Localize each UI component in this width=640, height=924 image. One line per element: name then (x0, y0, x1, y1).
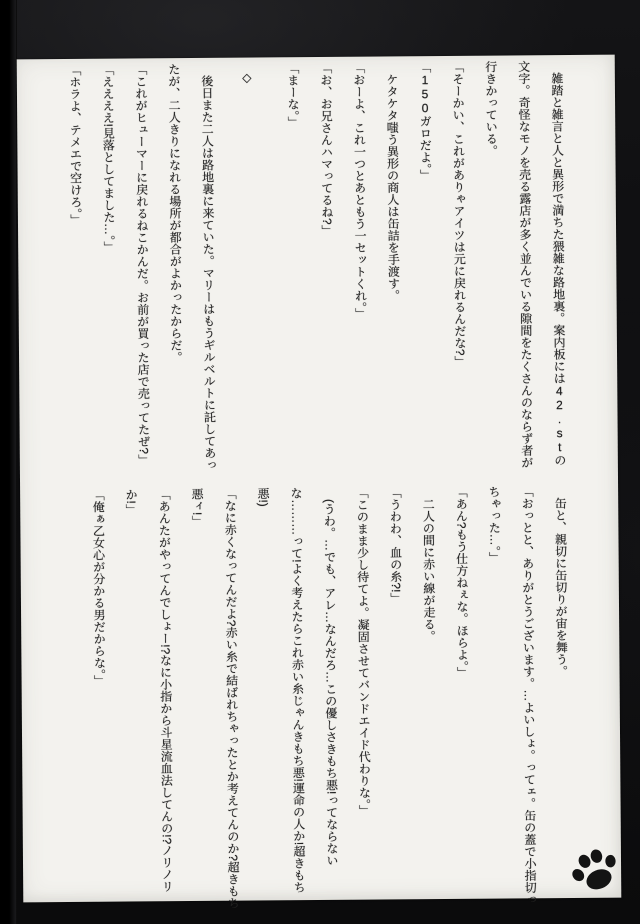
narrative-text: 雑踏と雑言と人と異形で満ちた猥雑な路地裏。案内板には (550, 72, 566, 384)
scanned-page-photo: 雑踏と雑言と人と異形で満ちた猥雑な路地裏。案内板には42.stの文字。奇怪なモノ… (0, 0, 640, 924)
dialogue-paragraph: 「おーよ、これ一つとあともう一セットくれ。」 (342, 62, 378, 470)
text-block-bottom: 缶と、親切に缶切りが宙を舞う。 「おっとと、ありがとうございます。…よいしょ。っ… (81, 485, 579, 913)
book-page: 雑踏と雑言と人と異形で満ちた猥雑な路地裏。案内板には42.stの文字。奇怪なモノ… (17, 55, 622, 903)
dialogue-paragraph: 「おっとと、ありがとうございます。…よいしょ。ってェ。缶の蓋で小指切っちゃった…… (477, 485, 546, 910)
dialogue-paragraph: 「あんたがやってんでしょー!?なに小指から斗星流血法してんの!?ノリノリか!」 (114, 488, 183, 913)
dialogue-paragraph: 「これがヒューマーに戻れるねこかんだ。お前が買った店で売ってたぜ?」 (124, 63, 160, 471)
dialogue-paragraph: 「俺ぁ乙女心が分かる男だからな。」 (81, 489, 117, 913)
scan-left-edge-shadow (0, 0, 17, 924)
sign-code-text: 42.st (552, 384, 567, 454)
dialogue-paragraph: 「うわわ、血の糸?!」 (378, 486, 414, 910)
dialogue-paragraph: 「150ガロだよ。」 (408, 61, 444, 469)
narrative-paragraph: 後日また二人は路地裏に来ていた。マリーはもうギルベルトに託してあったが、二人きり… (157, 63, 226, 472)
narrative-paragraph: ケタケタ嗤う異形の商人は缶詰を手渡す。 (375, 61, 411, 469)
dialogue-paragraph: 「このまま少し待てよ。凝固させてバンドエイド代わりな。」 (345, 487, 381, 911)
text-block-top: 雑踏と雑言と人と異形で満ちた猥雑な路地裏。案内板には42.stの文字。奇怪なモノ… (58, 60, 576, 472)
thought-paragraph: (うわ。…でも、アレ…なんだろ…この優しさきもち悪!ってならないな………って!よ… (246, 487, 348, 912)
narrative-paragraph: 缶と、親切に缶切りが宙を舞う。 (543, 485, 579, 909)
dialogue-text: ガロだよ。」 (418, 115, 433, 181)
dialogue-text: 「 (418, 61, 432, 73)
dialogue-paragraph: 「ホラよ、テメエで空けろ。」 (58, 64, 94, 472)
dialogue-paragraph: 「なに赤くなってんだよ?赤い糸で結ばれちゃったとか考えてんのか?超きもち悪ィ!」 (180, 488, 249, 913)
dialogue-paragraph: 「そーかい、これがありゃアイツは元に戻れるんだな?」 (441, 61, 477, 469)
dialogue-paragraph: 「お、お兄さんハマってるね?」 (309, 62, 345, 470)
narrative-paragraph: 二人の間に赤い線が走る。 (411, 486, 447, 910)
price-number: 150 (418, 73, 432, 115)
dialogue-paragraph: 「あん?もう仕方ねぇな。ほらよ。」 (444, 486, 480, 910)
scene-divider-icon: ◇ (230, 62, 266, 470)
dialogue-paragraph: 「ええええ!見落としてました…。」 (91, 64, 127, 472)
dialogue-paragraph: 「まーな。」 (276, 62, 312, 470)
narrative-paragraph: 雑踏と雑言と人と異形で満ちた猥雑な路地裏。案内板には42.stの文字。奇怪なモノ… (474, 60, 576, 469)
